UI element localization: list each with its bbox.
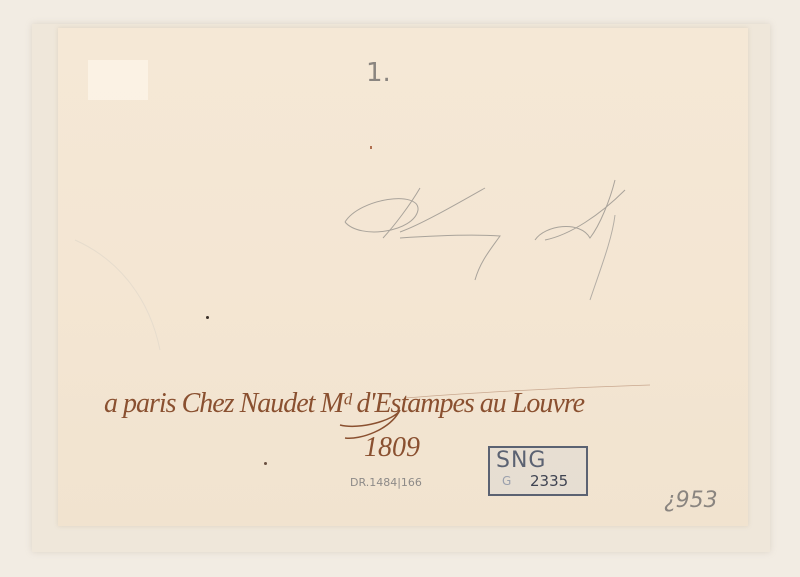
inscription-year: 1809 (364, 432, 420, 464)
ink-speck (264, 462, 267, 465)
mount-board: 1. Henry Dz a paris Chez Naudet Mᵈ d'Est… (0, 0, 800, 577)
ink-speck (206, 316, 209, 319)
pencil-signature: Henry Dz (360, 188, 365, 189)
stamp-label: SNG (496, 448, 546, 473)
inventory-number: DR.1484|166 (350, 476, 422, 489)
ink-speck (370, 146, 372, 149)
page-number: 1. (366, 58, 391, 88)
catalog-number: ¿953 (664, 488, 718, 513)
inscription-line: a paris Chez Naudet Mᵈ d'Estampes au Lou… (104, 388, 584, 420)
stamp-prefix: G (502, 474, 511, 488)
sng-collection-stamp: SNG G 2335 (488, 446, 588, 496)
stamp-number: 2335 (530, 472, 568, 490)
